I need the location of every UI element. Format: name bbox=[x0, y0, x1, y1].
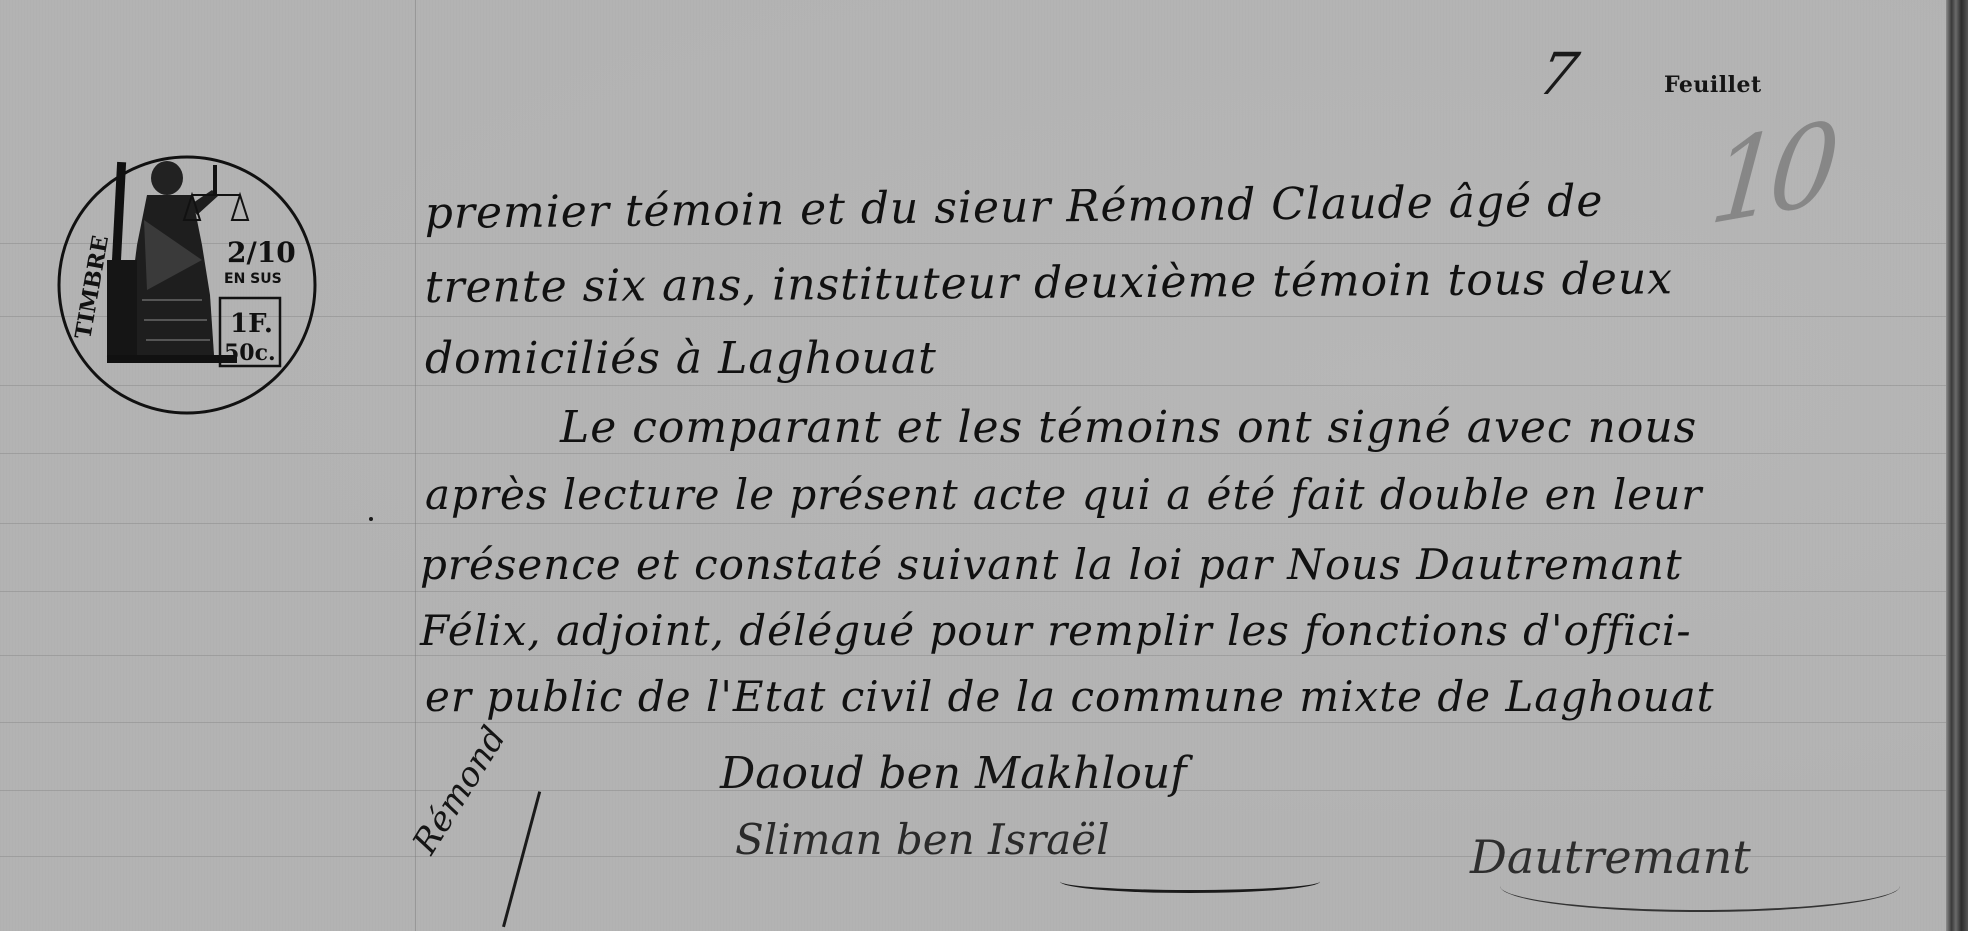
justice-figure-with-scales-icon: TIMBRE 2/10 EN SUS 1F. 50c. bbox=[52, 150, 322, 420]
signature-flourish bbox=[1060, 870, 1320, 893]
body-line-5: après lecture le présent acte qui a été … bbox=[425, 470, 1702, 519]
binding-edge bbox=[1946, 0, 1968, 931]
rule-line bbox=[0, 453, 1946, 454]
rule-line bbox=[0, 523, 1946, 524]
body-line-4: Le comparant et les témoins ont signé av… bbox=[560, 402, 1697, 453]
stamp-value-franc: 1F. bbox=[230, 309, 273, 339]
rule-line bbox=[0, 722, 1946, 723]
stamp-surcharge-note: EN SUS bbox=[224, 271, 282, 287]
signature-witness-1: Daoud ben Makhlouf bbox=[720, 748, 1187, 799]
register-page: 7 Feuillet 10 TIMBRE 2/10 bbox=[0, 0, 1968, 931]
signature-witness-2: Sliman ben Israël bbox=[735, 815, 1110, 864]
fiscal-stamp: TIMBRE 2/10 EN SUS 1F. 50c. bbox=[52, 150, 322, 420]
body-line-6: présence et constaté suivant la loi par … bbox=[420, 540, 1683, 589]
feuillet-label: Feuillet bbox=[1664, 72, 1762, 98]
rule-line bbox=[0, 655, 1946, 656]
rule-line bbox=[0, 591, 1946, 592]
folio-mark: 7 bbox=[1533, 40, 1584, 108]
body-line-1: premier témoin et du sieur Rémond Claude… bbox=[424, 176, 1603, 239]
body-line-2: trente six ans, instituteur deuxième tém… bbox=[425, 253, 1674, 313]
officer-signature-flourish bbox=[1500, 860, 1900, 912]
margin-dot bbox=[369, 517, 373, 521]
margin-line bbox=[415, 0, 416, 931]
body-line-8: er public de l'Etat civil de la commune … bbox=[425, 672, 1715, 721]
body-line-3: domiciliés à Laghouat bbox=[425, 333, 937, 384]
stamp-value-centimes: 50c. bbox=[224, 340, 276, 366]
stamp-surcharge: 2/10 bbox=[227, 236, 296, 269]
pencil-page-number: 10 bbox=[1705, 98, 1835, 251]
signature-stroke bbox=[502, 791, 547, 929]
body-line-7: Félix, adjoint, délégué pour remplir les… bbox=[420, 606, 1692, 655]
